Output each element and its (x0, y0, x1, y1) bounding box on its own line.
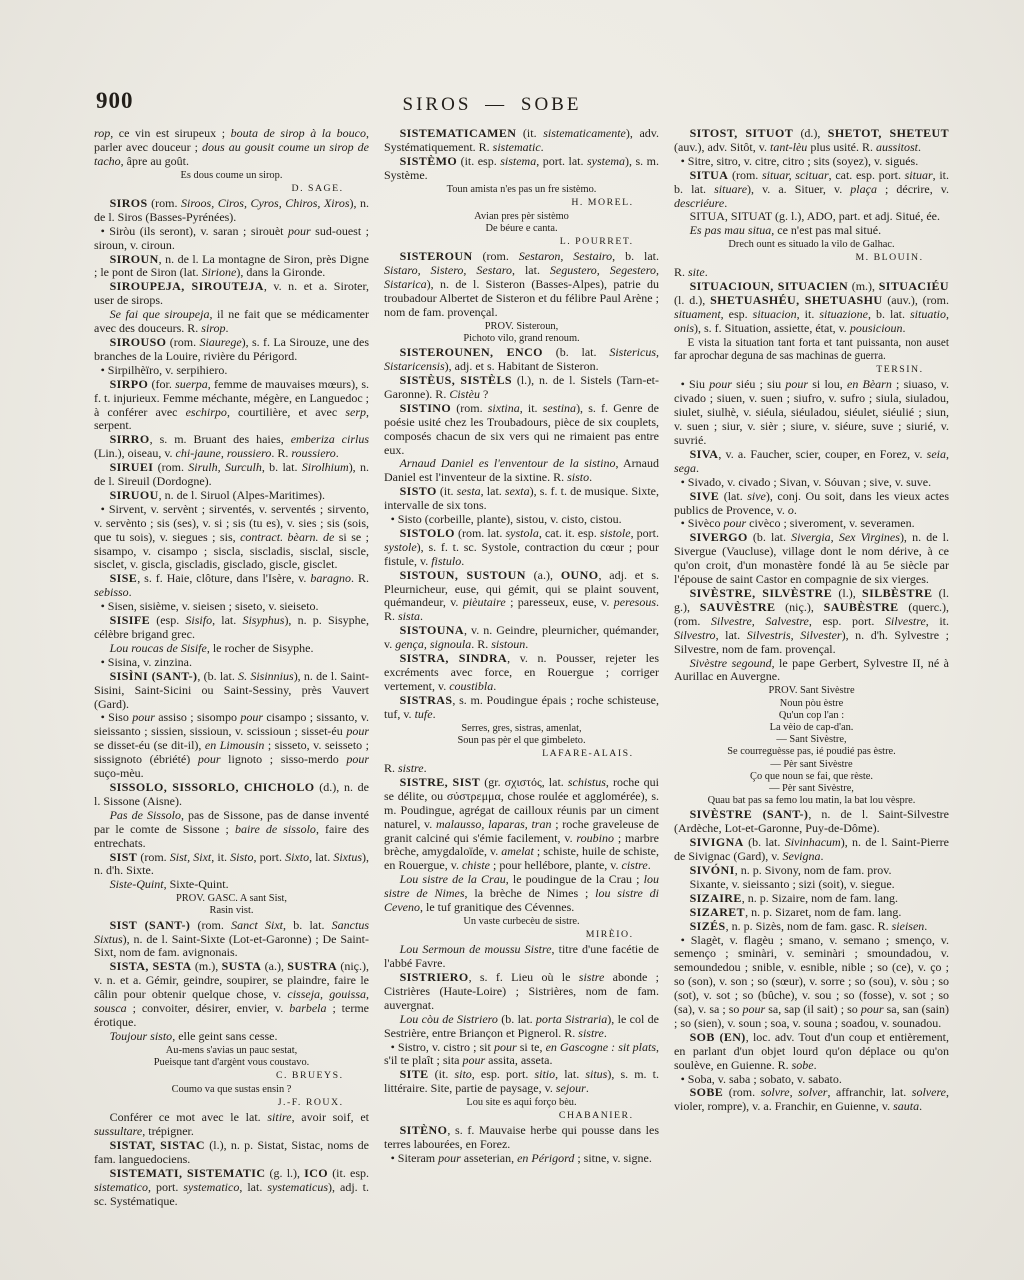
verse-quote: Avian pres pèr sistèmoDe béure e canta. (384, 211, 659, 235)
dictionary-entry: SIVA, v. a. Faucher, scier, couper, en F… (674, 448, 949, 476)
author-attribution: M. BLOUIN. (674, 252, 949, 264)
dictionary-entry: SISTINO (rom. sixtina, it. sestina), s. … (384, 402, 659, 458)
dictionary-entry: Lou còu de Sistriero (b. lat. porta Sist… (384, 1013, 659, 1041)
text-columns: rop, ce vin est sirupeux ; bouta de siro… (94, 127, 950, 1275)
dictionary-entry: Es pas mau situa, ce n'est pas mal situé… (674, 224, 949, 238)
verse-quote: Drech ount es situado la vilo de Galhac. (674, 239, 949, 251)
dictionary-entry: SOBE (rom. solvre, solver, affranchir, l… (674, 1086, 949, 1114)
dictionary-entry: SITE (it. sito, esp. port. sitio, lat. s… (384, 1068, 659, 1096)
dictionary-entry: SIRUOU, n. de l. Siruol (Alpes-Maritimes… (94, 489, 369, 503)
dictionary-entry: Se fai que siroupeja, il ne fait que se … (94, 308, 369, 336)
dictionary-entry: SISE, s. f. Haie, clôture, dans l'Isère,… (94, 572, 369, 600)
proverb-block: PROV. Sisteroun,Pichoto vilo, grand reno… (384, 321, 659, 345)
dictionary-entry: SISTO (it. sesta, lat. sexta), s. f. t. … (384, 485, 659, 513)
dictionary-entry: Lou roucas de Sisife, le rocher de Sisyp… (94, 642, 369, 656)
cross-reference-list: • Sirvent, v. servènt ; sirventés, v. se… (94, 503, 369, 573)
verse-quote: Es dous coume un sirop. (94, 170, 369, 182)
dictionary-entry: SISTOLO (rom. lat. systola, cat. it. esp… (384, 527, 659, 569)
dictionary-entry: Lou Sermoun de moussu Sistre, titre d'un… (384, 943, 659, 971)
dictionary-entry: SIROS (rom. Siroos, Ciros, Cyros, Chiros… (94, 197, 369, 225)
verse-quote: Un vaste curbecèu de sistre. (384, 916, 659, 928)
author-attribution: H. MOREL. (384, 197, 659, 209)
column-2: SISTEMATICAMEN (it. sistematicamente), a… (384, 127, 659, 1275)
cross-reference-list: • Siteram pour asseterian, en Périgord ;… (384, 1152, 659, 1166)
dictionary-entry: Pas de Sissolo, pas de Sissone, pas de d… (94, 809, 369, 851)
cross-reference-list: • Sivado, v. civado ; Sivan, v. Sóuvan ;… (674, 476, 949, 490)
verse-quote: Coumo va que sustas ensin ? (94, 1084, 369, 1096)
dictionary-entry: Conférer ce mot avec le lat. sitire, avo… (94, 1111, 369, 1139)
dictionary-entry: SITOST, SITUOT (d.), SHETOT, SHETEUT (au… (674, 127, 949, 155)
author-attribution: J.-F. ROUX. (94, 1097, 369, 1109)
cross-reference-list: • Siso pour assiso ; sisompo pour cisamp… (94, 711, 369, 781)
text-paragraph: rop, ce vin est sirupeux ; bouta de siro… (94, 127, 369, 169)
dictionary-entry: SISTA, SESTA (m.), SUSTA (a.), SUSTRA (n… (94, 960, 369, 1030)
dictionary-entry: SOB (EN), loc. adv. Tout d'un coup et en… (674, 1031, 949, 1073)
prose-quote: E vista la situation tant forta et tant … (674, 337, 949, 363)
dictionary-entry: Siste-Quint, Sixte-Quint. (94, 878, 369, 892)
dictionary-entry: SIROUPEJA, SIROUTEJA, v. n. et a. Sirote… (94, 280, 369, 308)
cross-reference-list: • Sivèco pour civèco ; siveroment, v. se… (674, 517, 949, 531)
dictionary-entry: Sixante, v. sieissanto ; sizi (soit), v.… (674, 878, 949, 892)
column-1: rop, ce vin est sirupeux ; bouta de siro… (94, 127, 369, 1275)
author-attribution: MIRÈIO. (384, 929, 659, 941)
text-paragraph: R. sistre. (384, 762, 659, 776)
dictionary-entry: SISTEROUN (rom. Sestaron, Sestairo, b. l… (384, 250, 659, 320)
dictionary-entry: SISTRE, SIST (gr. σχιστός, lat. schistus… (384, 776, 659, 873)
cross-reference-list: • Sitre, sitro, v. citre, citro ; sits (… (674, 155, 949, 169)
dictionary-entry: SISTRAS, s. m. Poudingue épais ; roche s… (384, 694, 659, 722)
dictionary-entry: SISTRIERO, s. f. Lieu où le sistre abond… (384, 971, 659, 1013)
text-paragraph: R. site. (674, 266, 949, 280)
dictionary-entry: SISTEROUNEN, ENCO (b. lat. Sistericus, S… (384, 346, 659, 374)
dictionary-entry: SIVÓNI, n. p. Sivony, nom de fam. prov. (674, 864, 949, 878)
author-attribution: TERSIN. (674, 364, 949, 376)
dictionary-entry: SISTOUNA, v. n. Geindre, pleurnicher, qu… (384, 624, 659, 652)
dictionary-entry: SIZÉS, n. p. Sizès, nom de fam. gasc. R.… (674, 920, 949, 934)
dictionary-entry: SIVERGO (b. lat. Sivergia, Sex Virgines)… (674, 531, 949, 587)
verse-quote: Toun amista n'es pas un fre sistèmo. (384, 184, 659, 196)
cross-reference-list: • Sistro, v. cistro ; sit pour si te, en… (384, 1041, 659, 1069)
dictionary-entry: Sivèstre segound, le pape Gerbert, Sylve… (674, 657, 949, 685)
cross-reference-list: • Sisen, sisième, v. sieisen ; siseto, v… (94, 600, 369, 614)
dictionary-entry: SISTÈMO (it. esp. sistema, port. lat. sy… (384, 155, 659, 183)
dictionary-entry: SIROUSO (rom. Siaurege), s. f. La Sirouz… (94, 336, 369, 364)
cross-reference-list: • Soba, v. saba ; sobato, v. sabato. (674, 1073, 949, 1087)
author-attribution: LAFARE-ALAIS. (384, 748, 659, 760)
column-3: SITOST, SITUOT (d.), SHETOT, SHETEUT (au… (674, 127, 949, 1275)
dictionary-entry: SIRRO, s. m. Bruant des haies, emberiza … (94, 433, 369, 461)
cross-reference-list: • Sisto (corbeille, plante), sistou, v. … (384, 513, 659, 527)
dictionary-entry: SITÈNO, s. f. Mauvaise herbe qui pousse … (384, 1124, 659, 1152)
dictionary-entry: Arnaud Daniel es l'enventour de la sisti… (384, 457, 659, 485)
dictionary-entry: SIRPO (for. suerpa, femme de mauvaises m… (94, 378, 369, 434)
dictionary-entry: Lou sistre de la Crau, le poudingue de l… (384, 873, 659, 915)
dictionary-entry: SISTÈUS, SISTÈLS (l.), n. de l. Sistels … (384, 374, 659, 402)
dictionary-entry: SISTAT, SISTAC (l.), n. p. Sistat, Sista… (94, 1139, 369, 1167)
dictionary-entry: SIVE (lat. sive), conj. Ou soit, dans le… (674, 490, 949, 518)
dictionary-entry: SIROUN, n. de l. La montagne de Siron, p… (94, 253, 369, 281)
author-attribution: D. SAGE. (94, 183, 369, 195)
cross-reference-list: • Siròu (ils seront), v. saran ; sirouèt… (94, 225, 369, 253)
dictionary-entry: SIST (rom. Sist, Sixt, it. Sisto, port. … (94, 851, 369, 879)
dictionary-entry: SIVÈSTRE, SILVÈSTRE (l.), SILBÈSTRE (l. … (674, 587, 949, 657)
dictionary-entry: SITUACIOUN, SITUACIEN (m.), SITUACIÉU (l… (674, 280, 949, 336)
cross-reference-list: • Sisina, v. zinzina. (94, 656, 369, 670)
dictionary-entry: SISTOUN, SUSTOUN (a.), OUNO, adj. et s. … (384, 569, 659, 625)
cross-reference-list: • Slagèt, v. flagèu ; smano, v. semano ;… (674, 934, 949, 1031)
dictionary-entry: SIZARET, n. p. Sizaret, nom de fam. lang… (674, 906, 949, 920)
cross-reference-list: • Siu pour siéu ; siu pour si lou, en Bè… (674, 378, 949, 448)
dictionary-entry: SITUA (rom. situar, scituar, cat. esp. p… (674, 169, 949, 211)
dictionary-entry: SIVÈSTRE (SANT-), n. de l. Saint-Silvest… (674, 808, 949, 836)
verse-quote: Serres, gres, sistras, amenlat,Soun pas … (384, 723, 659, 747)
dictionary-entry: SIZAIRE, n. p. Sizaire, nom de fam. lang… (674, 892, 949, 906)
dictionary-entry: SISTEMATICAMEN (it. sistematicamente), a… (384, 127, 659, 155)
dictionary-entry: SIVIGNA (b. lat. Sivinhacum), n. de l. S… (674, 836, 949, 864)
dictionary-entry: SISTEMATI, SISTEMATIC (g. l.), ICO (it. … (94, 1167, 369, 1209)
proverb-block: PROV. Sant SivèstreNoun pòu èstreQu'un c… (674, 685, 949, 807)
author-attribution: C. BRUEYS. (94, 1070, 369, 1082)
author-attribution: L. POURRET. (384, 236, 659, 248)
dictionary-entry: SITUA, SITUAT (g. l.), ADO, part. et adj… (674, 210, 949, 224)
dictionary-entry: SISIFE (esp. Sisifo, lat. Sisyphus), n. … (94, 614, 369, 642)
dictionary-entry: SIST (SANT-) (rom. Sanct Sixt, b. lat. S… (94, 919, 369, 961)
dictionary-entry: SISÌNI (SANT-), (b. lat. S. Sisinnius), … (94, 670, 369, 712)
author-attribution: CHABANIER. (384, 1110, 659, 1122)
dictionary-entry: SISSOLO, SISSORLO, CHICHOLO (d.), n. de … (94, 781, 369, 809)
scanned-dictionary-page: 900 SIROS — SOBE rop, ce vin est sirupeu… (0, 0, 1024, 1280)
verse-quote: Lou site es aqui forço bèu. (384, 1097, 659, 1109)
running-head: SIROS — SOBE (0, 94, 984, 116)
proverb-block: PROV. GASC. A sant Sist,Rasin vist. (94, 893, 369, 917)
dictionary-entry: SIRUEI (rom. Sirulh, Surculh, b. lat. Si… (94, 461, 369, 489)
dictionary-entry: SISTRA, SINDRA, v. n. Pousser, rejeter l… (384, 652, 659, 694)
cross-reference-list: • Sirpilhèïro, v. serpihiero. (94, 364, 369, 378)
verse-quote: Au-mens s'avias un pauc sestat,Pueisque … (94, 1045, 369, 1069)
dictionary-entry: Toujour sisto, elle geint sans cesse. (94, 1030, 369, 1044)
